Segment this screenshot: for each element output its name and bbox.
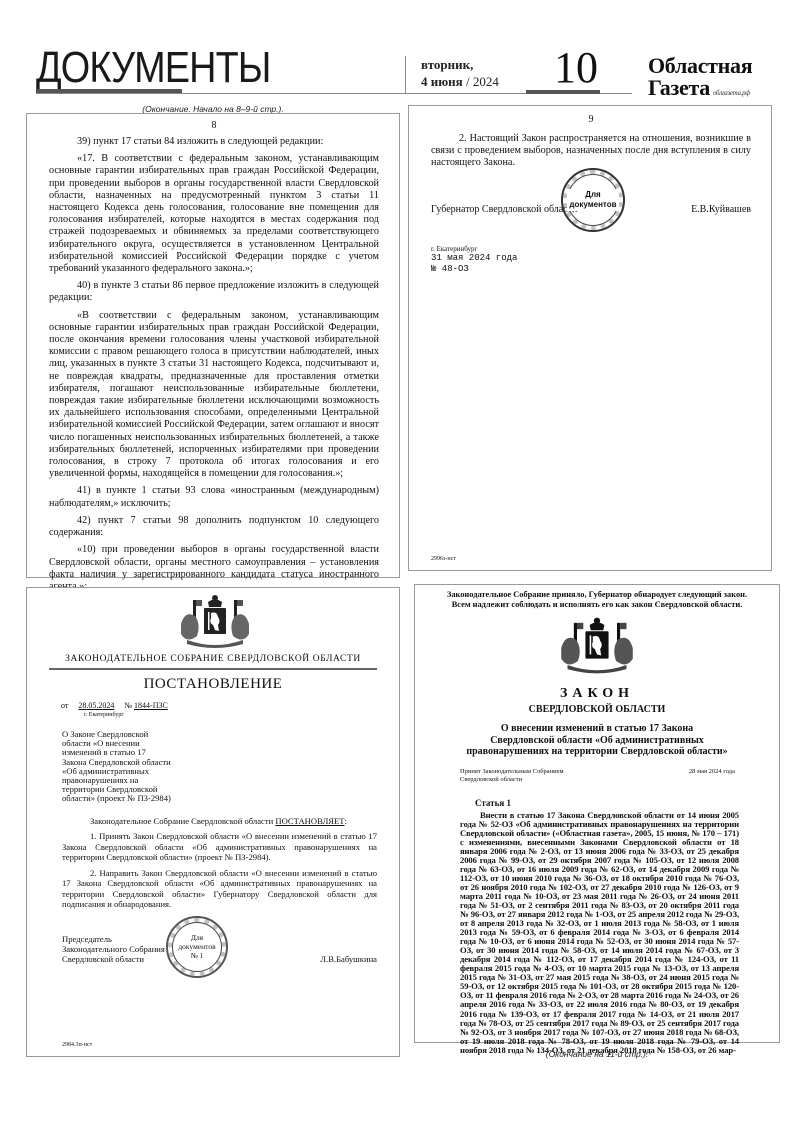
city: г. Екатеринбург bbox=[84, 712, 377, 718]
newspaper-logo: Областная Газетаоблгазета.рф bbox=[648, 55, 752, 104]
resolution-subject: О Законе Свердловскойобласти «О внесении… bbox=[62, 730, 377, 804]
proclamation: Законодательное Собрание приняло, Губерн… bbox=[435, 590, 759, 610]
law-page-8: 8 39) пункт 17 статьи 84 изложить в след… bbox=[26, 113, 400, 578]
law-page-9: 9 2. Настоящий Закон распространяется на… bbox=[408, 105, 772, 571]
issue-weekday: вторник, bbox=[421, 56, 499, 73]
official-stamp: Длядокументов bbox=[561, 168, 625, 232]
resolution-preamble: Законодательное Собрание Свердловской об… bbox=[62, 816, 377, 827]
law-page-9-paragraph: 2. Настоящий Закон распространяется на о… bbox=[431, 133, 751, 170]
law-paragraph: 41) в пункте 1 статьи 93 слова «иностран… bbox=[49, 485, 379, 509]
header-rule bbox=[36, 93, 416, 94]
section-title: ДОКУМЕНТЫ bbox=[36, 46, 271, 90]
law-title: ЗАКОН bbox=[435, 686, 759, 702]
signer-name: Л.В.Бабушкина bbox=[320, 954, 377, 964]
resolution-number: 1844-ПЗС bbox=[134, 701, 168, 710]
law-paragraph: «10) при проведении выборов в органы гос… bbox=[49, 544, 379, 593]
resolution-items: 1. Принять Закон Свердловской области «О… bbox=[62, 831, 377, 910]
law-subtitle: СВЕРДЛОВСКОЙ ОБЛАСТИ bbox=[435, 704, 759, 715]
coat-of-arms-icon bbox=[557, 616, 637, 676]
resolution-item: 1. Принять Закон Свердловской области «О… bbox=[62, 831, 377, 863]
adoption-date: 28 мая 2024 года bbox=[689, 768, 735, 784]
signer-title: Губернатор Свердловской области bbox=[431, 204, 577, 215]
official-stamp: Длядокументов№ 1 bbox=[166, 916, 228, 978]
continuation-note-bottom: (Окончание на 11-й стр.). bbox=[414, 1049, 780, 1059]
article-1-heading: Статья 1 bbox=[475, 798, 759, 808]
page-number-underline bbox=[526, 90, 600, 94]
city: г. Екатеринбург bbox=[431, 245, 751, 253]
resolution-date: 28.05.2024 bbox=[70, 701, 122, 710]
header-rule bbox=[49, 668, 377, 670]
doc-page-number: 9 bbox=[431, 114, 751, 125]
law-paragraph: 40) в пункте 3 статьи 86 первое предложе… bbox=[49, 280, 379, 304]
resolution-date-number: от 28.05.2024 № 1844-ПЗС bbox=[61, 701, 377, 710]
adoption-info: Принят Законодательным СобраниемСвердлов… bbox=[435, 768, 759, 784]
law-document: Законодательное Собрание приняло, Губерн… bbox=[414, 584, 780, 1043]
issue-date: вторник, 4 июня / 2024 bbox=[421, 56, 499, 90]
law-paragraph: 42) пункт 7 статьи 98 дополнить подпункт… bbox=[49, 515, 379, 539]
site-domain: облгазета.рф bbox=[713, 89, 750, 97]
doc-page-number: 8 bbox=[49, 120, 379, 131]
law-paragraph: 39) пункт 17 статьи 84 изложить в следую… bbox=[49, 136, 379, 148]
document-type: ПОСТАНОВЛЕНИЕ bbox=[49, 676, 377, 693]
issue-year: 2024 bbox=[473, 74, 499, 89]
signer-name: Е.В.Куйвашев bbox=[691, 204, 751, 215]
page-number: 10 bbox=[528, 46, 624, 90]
law-number: № 48-ОЗ bbox=[431, 264, 751, 275]
law-paragraph: «В соответствии с федеральным законом, у… bbox=[49, 310, 379, 481]
coat-of-arms-icon bbox=[177, 594, 253, 650]
signer-title: ПредседательЗаконодательного СобранияСве… bbox=[62, 934, 165, 964]
footer-code: 2996з-нст bbox=[431, 556, 456, 562]
subject-line: области» (проект № ПЗ-2984) bbox=[62, 794, 377, 803]
resolution-item: 2. Направить Закон Свердловской области … bbox=[62, 868, 377, 910]
resolution-document: ЗАКОНОДАТЕЛЬНОЕ СОБРАНИЕ СВЕРДЛОВСКОЙ ОБ… bbox=[26, 587, 400, 1057]
law-name: О внесении изменений в статью 17 ЗаконаС… bbox=[435, 723, 759, 758]
issue-day: 4 июня bbox=[421, 74, 463, 89]
law-paragraph: «17. В соответствии с федеральным законо… bbox=[49, 153, 379, 275]
law-page-8-body: 39) пункт 17 статьи 84 изложить в следую… bbox=[49, 136, 379, 623]
article-1-text: Внести в статью 17 Закона Свердловской о… bbox=[460, 811, 739, 1055]
organization-name: ЗАКОНОДАТЕЛЬНОЕ СОБРАНИЕ СВЕРДЛОВСКОЙ ОБ… bbox=[49, 654, 377, 664]
law-date: 31 мая 2024 года bbox=[431, 253, 751, 264]
footer-code: 2984.3п-нст bbox=[62, 1042, 92, 1048]
chairman-signature-row: ПредседательЗаконодательного СобранияСве… bbox=[62, 934, 377, 964]
header-divider bbox=[405, 56, 406, 94]
